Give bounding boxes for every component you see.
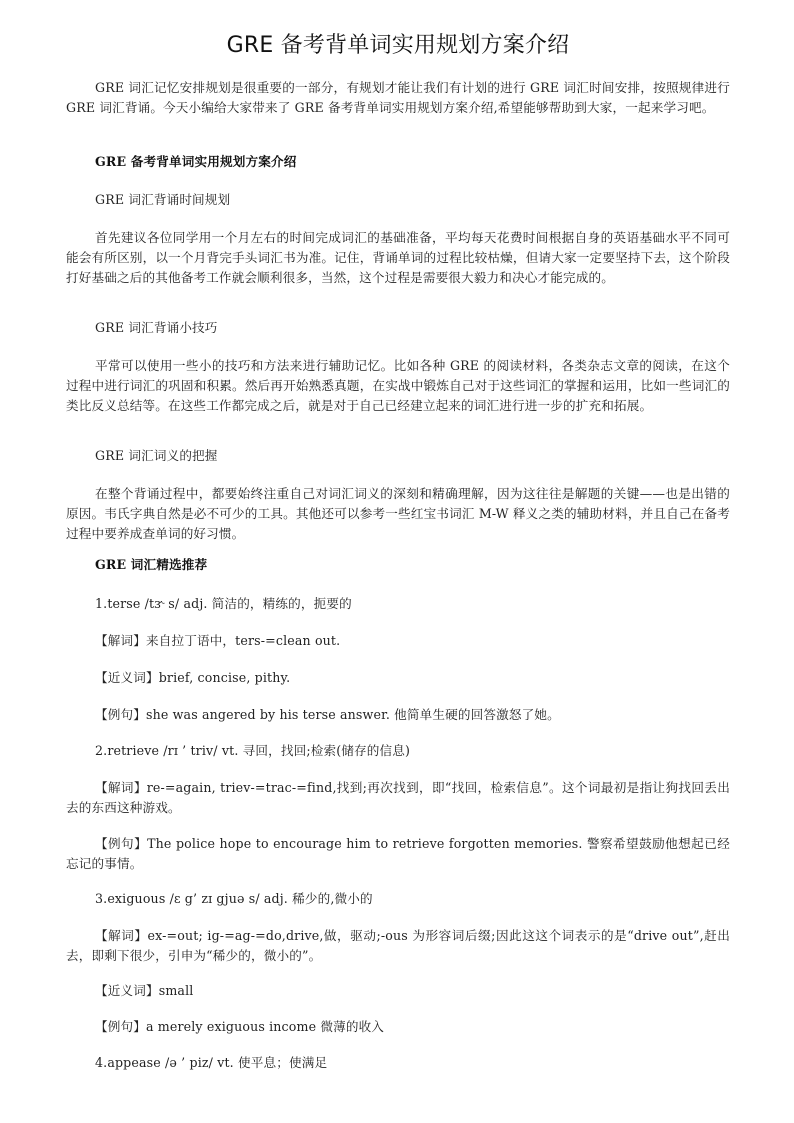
vocab-3-etymology: 【解词】ex-=out; ig-=ag-=do,drive,做，驱动;-ous …: [66, 926, 730, 966]
vocab-2-etymology: 【解词】re-=again, triev-=trac-=find,找到;再次找到…: [66, 778, 730, 818]
vocab-3-headword: 3.exiguous /ɛ g’ zɪ gjuə s/ adj. 稀少的,微小的: [66, 889, 730, 909]
vocab-2-headword: 2.retrieve /rɪ ’ triv/ vt. 寻回，找回;检索(储存的信…: [66, 741, 730, 761]
intro-paragraph: GRE 词汇记忆安排规划是很重要的一部分，有规划才能让我们有计划的进行 GRE …: [66, 78, 730, 118]
time-plan-body: 首先建议各位同学用一个月左右的时间完成词汇的基础准备，平均每天花费时间根据自身的…: [66, 228, 730, 288]
vocab-3-synonyms: 【近义词】small: [66, 981, 730, 1001]
vocab-4-headword: 4.appease /ə ’ piz/ vt. 使平息；使满足: [66, 1053, 730, 1073]
vocab-1-etymology: 【解词】来自拉丁语中，ters-=clean out.: [66, 631, 730, 651]
vocab-1-headword: 1.terse /tɝ s/ adj. 简洁的，精练的，扼要的: [66, 594, 730, 614]
vocab-heading: GRE 词汇精选推荐: [66, 555, 730, 575]
vocab-1-synonyms: 【近义词】brief, concise, pithy.: [66, 668, 730, 688]
vocab-2-example: 【例句】The police hope to encourage him to …: [66, 834, 730, 874]
vocab-1-example: 【例句】she was angered by his terse answer.…: [66, 705, 730, 725]
meaning-body: 在整个背诵过程中，都要始终注重自己对词汇词义的深刻和精确理解，因为这往往是解题的…: [66, 484, 730, 544]
tips-body: 平常可以使用一些小的技巧和方法来进行辅助记忆。比如各种 GRE 的阅读材料，各类…: [66, 356, 730, 416]
meaning-heading: GRE 词汇词义的把握: [66, 446, 730, 466]
section-heading: GRE 备考背单词实用规划方案介绍: [66, 152, 730, 172]
vocab-3-example: 【例句】a merely exiguous income 微薄的收入: [66, 1017, 730, 1037]
tips-heading: GRE 词汇背诵小技巧: [66, 318, 730, 338]
document-title: GRE 备考背单词实用规划方案介绍: [66, 31, 730, 61]
time-plan-heading: GRE 词汇背诵时间规划: [66, 190, 730, 210]
